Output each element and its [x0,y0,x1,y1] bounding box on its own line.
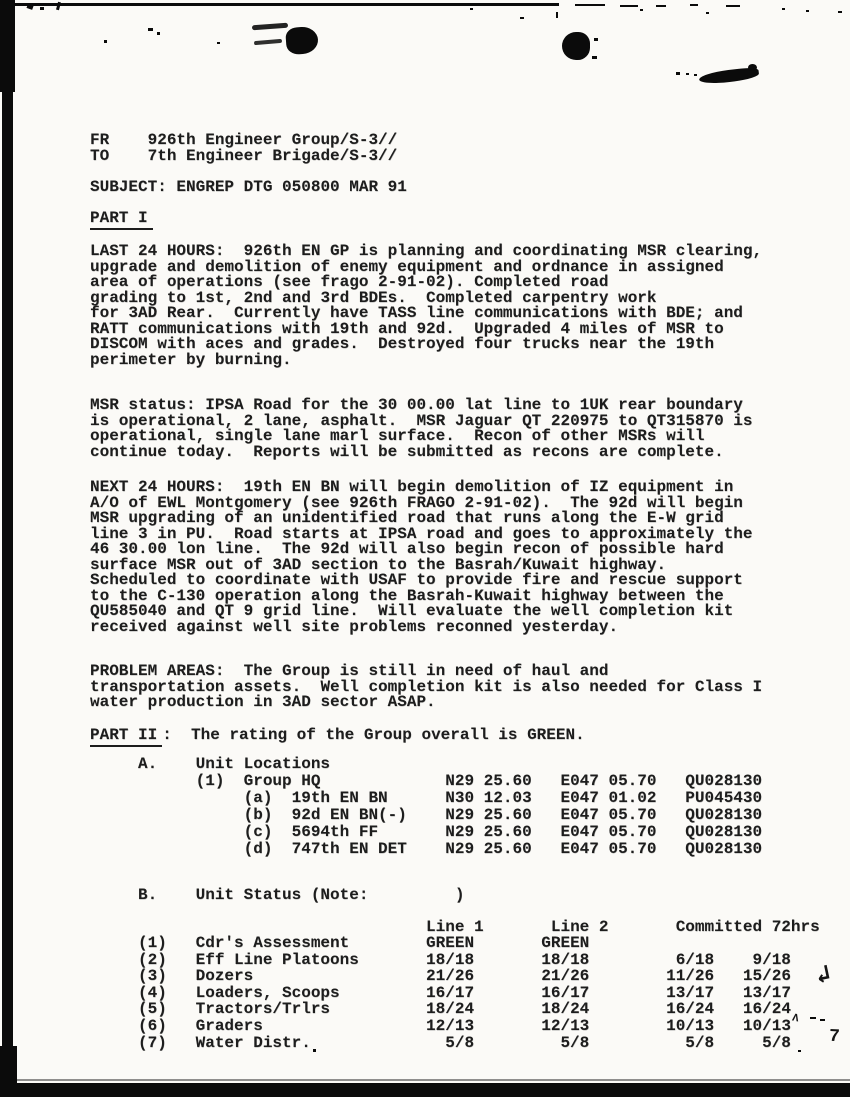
hrs72-value: 15/26 [743,969,791,985]
committed-value: 10/13 [666,1019,714,1035]
line1-value: 18/24 [426,1002,474,1018]
row-number: (c) [244,825,273,841]
ink-smudge-cap [748,64,757,71]
row-number: (d) [244,842,273,858]
paragraph-problem-areas: PROBLEM AREAS: The Group is still in nee… [90,664,762,711]
status-item-name: Graders [196,1019,263,1035]
part1-heading-text: PART I [90,209,153,230]
status-item-name: Loaders, Scoops [196,986,340,1002]
hrs72-value: 13/17 [743,986,791,1002]
ink-blob-right [562,32,590,60]
line1-value: 18/18 [426,953,474,969]
status-item-name: Eff Line Platoons [196,953,359,969]
unit-name: 5694th FF [292,825,378,841]
line2-value: 12/13 [541,1019,589,1035]
scanned-document-page: FR 926th Engineer Group/S-3// TO 7th Eng… [0,0,850,1097]
line1-value: 16/17 [426,986,474,1002]
scan-bar-left [2,0,13,1097]
unit-locations-title-line: A. Unit Locations [90,757,128,819]
speck [838,11,842,13]
speck [470,8,473,10]
pen-mark-hook: ↲ [813,959,833,991]
scan-bar-left-top [0,0,15,92]
longitude: E047 05.70 [560,774,656,790]
row-number: (2) [138,953,167,969]
row-number: (4) [138,986,167,1002]
line2-value: 16/17 [541,986,589,1002]
ink-blob-left [285,26,319,55]
line2-value: 18/24 [541,1002,589,1018]
status-item-name: Cdr's Assessment [196,936,350,952]
row-number: (7) [138,1036,167,1052]
row-number: (a) [244,791,273,807]
address-block: FR 926th Engineer Group/S-3// TO 7th Eng… [90,133,397,164]
speck [640,9,643,11]
longitude: E047 01.02 [560,791,656,807]
unit-name: 747th EN DET [292,842,407,858]
speck [157,32,160,35]
speck [806,10,809,12]
part2-heading-text: PART II [90,726,162,747]
hrs72-value: 16/24 [743,1002,791,1018]
section-a-label: A. [138,757,157,773]
note-close-paren: ) [455,888,465,904]
status-item-name: Dozers [196,969,254,985]
section-b-label: B. [138,888,157,904]
speck [686,73,689,75]
hrs72-value: 10/13 [743,1019,791,1035]
scan-line-top-dash [726,5,740,7]
status-item-name: Tractors/Trlrs [196,1002,330,1018]
line2-value: 21/26 [541,969,589,985]
pen-dash [820,1019,825,1021]
unit-locations-title: Unit Locations [196,757,330,773]
scan-line-bottom-shadow [0,1079,850,1081]
speck [40,7,44,10]
scan-bar-bottom [0,1083,850,1097]
speck [520,17,524,19]
paragraph-msr-status: MSR status: IPSA Road for the 30 00.00 l… [90,398,753,460]
row-number: (1) [138,936,167,952]
scan-line-top-dash [690,4,698,6]
line2-value: 5/8 [541,1036,589,1052]
grid-reference: PU045430 [685,791,762,807]
part1-heading: PART I [90,211,153,227]
latitude: N30 12.03 [445,791,531,807]
speck [556,12,558,18]
unit-name: 92d EN BN(-) [292,808,407,824]
committed-value: 5/8 [666,1036,714,1052]
scan-line-top-dash [656,5,666,7]
committed-value: 16/24 [666,1002,714,1018]
part2-line: PART II: The rating of the Group overall… [90,728,585,744]
paragraph-next-24-hours: NEXT 24 HOURS: 19th EN BN will begin dem… [90,480,753,635]
scan-line-top-dash [620,5,638,7]
speck [104,40,107,43]
subject-line: SUBJECT: ENGREP DTG 050800 MAR 91 [90,180,407,196]
unit-name: 19th EN BN [292,791,388,807]
scan-line-top [14,3,559,6]
committed-value: 6/18 [666,953,714,969]
grid-reference: QU028130 [685,808,762,824]
speck [56,2,61,11]
committed-value: 11/26 [666,969,714,985]
speck [594,38,598,41]
speck [798,1050,801,1052]
unit-status-header-row: Line 1 Line 2 Committed 72hrs [90,920,128,1013]
ink-smear [252,23,288,30]
row-number: (3) [138,969,167,985]
line1-value: 21/26 [426,969,474,985]
longitude: E047 05.70 [560,825,656,841]
grid-reference: QU028130 [685,774,762,790]
longitude: E047 05.70 [560,842,656,858]
line1-value: 5/8 [426,1036,474,1052]
line1-value: 12/13 [426,1019,474,1035]
speck [676,72,680,75]
row-number: (6) [138,1019,167,1035]
pen-mark-caret: Λ [791,1013,800,1026]
latitude: N29 25.60 [445,825,531,841]
grid-reference: QU028130 [685,825,762,841]
row-number: (b) [244,808,273,824]
latitude: N29 25.60 [445,808,531,824]
ink-smear [254,39,282,45]
latitude: N29 25.60 [445,842,531,858]
speck [26,4,33,10]
speck [782,8,785,10]
speck [694,74,697,76]
speck [592,56,597,59]
pen-dash [810,1017,816,1019]
row-number: (5) [138,1002,167,1018]
pen-mark-seven: 7 [828,1027,840,1048]
line1-value: GREEN [426,936,474,952]
speck [217,42,220,44]
unit-name: Group HQ [244,774,321,790]
hrs72-value: 5/8 [743,1036,791,1052]
row-number: (1) [196,774,225,790]
speck [706,12,709,14]
hrs72-value: 9/18 [743,953,791,969]
committed-value: 13/17 [666,986,714,1002]
speck [313,1049,316,1052]
paragraph-last-24-hours: LAST 24 HOURS: 926th EN GP is planning a… [90,244,762,368]
column-header-committed: Committed [676,920,762,936]
scan-line-top-dash [575,4,605,6]
latitude: N29 25.60 [445,774,531,790]
speck [148,28,153,31]
longitude: E047 05.70 [560,808,656,824]
part2-rating-text: : The rating of the Group overall is GRE… [162,726,584,744]
column-header-72hrs: 72hrs [772,920,820,936]
status-item-name: Water Distr. [196,1036,311,1052]
unit-status-title: Unit Status (Note: [196,888,369,904]
line2-value: 18/18 [541,953,589,969]
grid-reference: QU028130 [685,842,762,858]
line2-value: GREEN [541,936,589,952]
